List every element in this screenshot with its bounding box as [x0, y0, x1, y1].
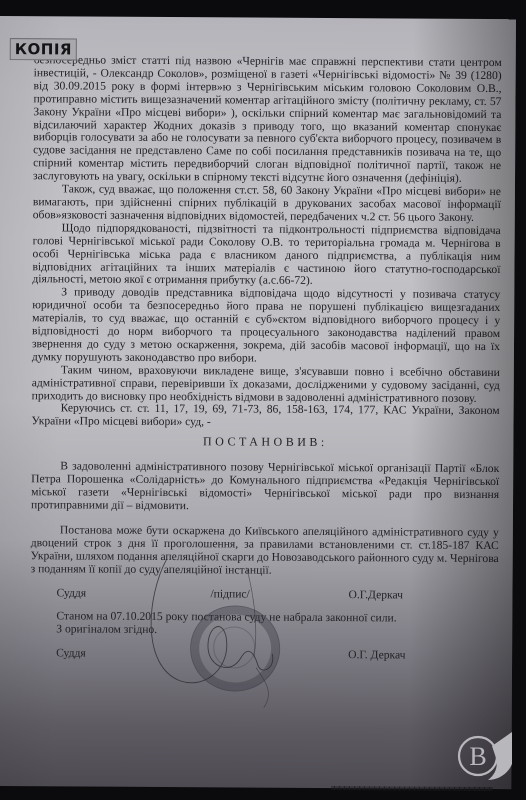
resolution-heading: ПОСТАНОВИВ: — [31, 434, 499, 450]
judge-label-2: Суддя — [56, 648, 86, 661]
handwritten-signature-icon — [136, 557, 297, 708]
paragraph-6: Керуючись ст. ст. 11, 17, 19, 69, 71-73,… — [31, 403, 499, 432]
resolution-text: В задоволенні адміністративного позову Ч… — [31, 460, 499, 514]
newspaper-logo-icon: В — [456, 728, 514, 784]
logo-letter: В — [469, 742, 486, 771]
judge-name: О.Г.Деркач — [348, 590, 403, 603]
paragraph-5: Таким чином, враховуючи викладене вище, … — [32, 364, 500, 406]
paragraph-4: З приводу доводів представника відповіда… — [32, 287, 500, 367]
document-page: КОПІЯ безпосередньо зміст статті під наз… — [0, 16, 516, 789]
judge-label: Суддя — [56, 588, 86, 601]
photo-scene: КОПІЯ безпосередньо зміст статті під наз… — [0, 0, 526, 800]
copy-stamp: КОПІЯ — [10, 38, 77, 60]
barcode — [331, 786, 493, 791]
paragraph-2: Також, суд вважає, що положення ст.ст. 5… — [33, 183, 501, 225]
paragraph-1: безпосередньо зміст статті під назвою «Ч… — [33, 54, 502, 186]
paragraph-3: Щодо підпорядкованості, підзвітності та … — [32, 222, 500, 289]
judge-name-2: О.Г. Деркач — [348, 649, 406, 662]
